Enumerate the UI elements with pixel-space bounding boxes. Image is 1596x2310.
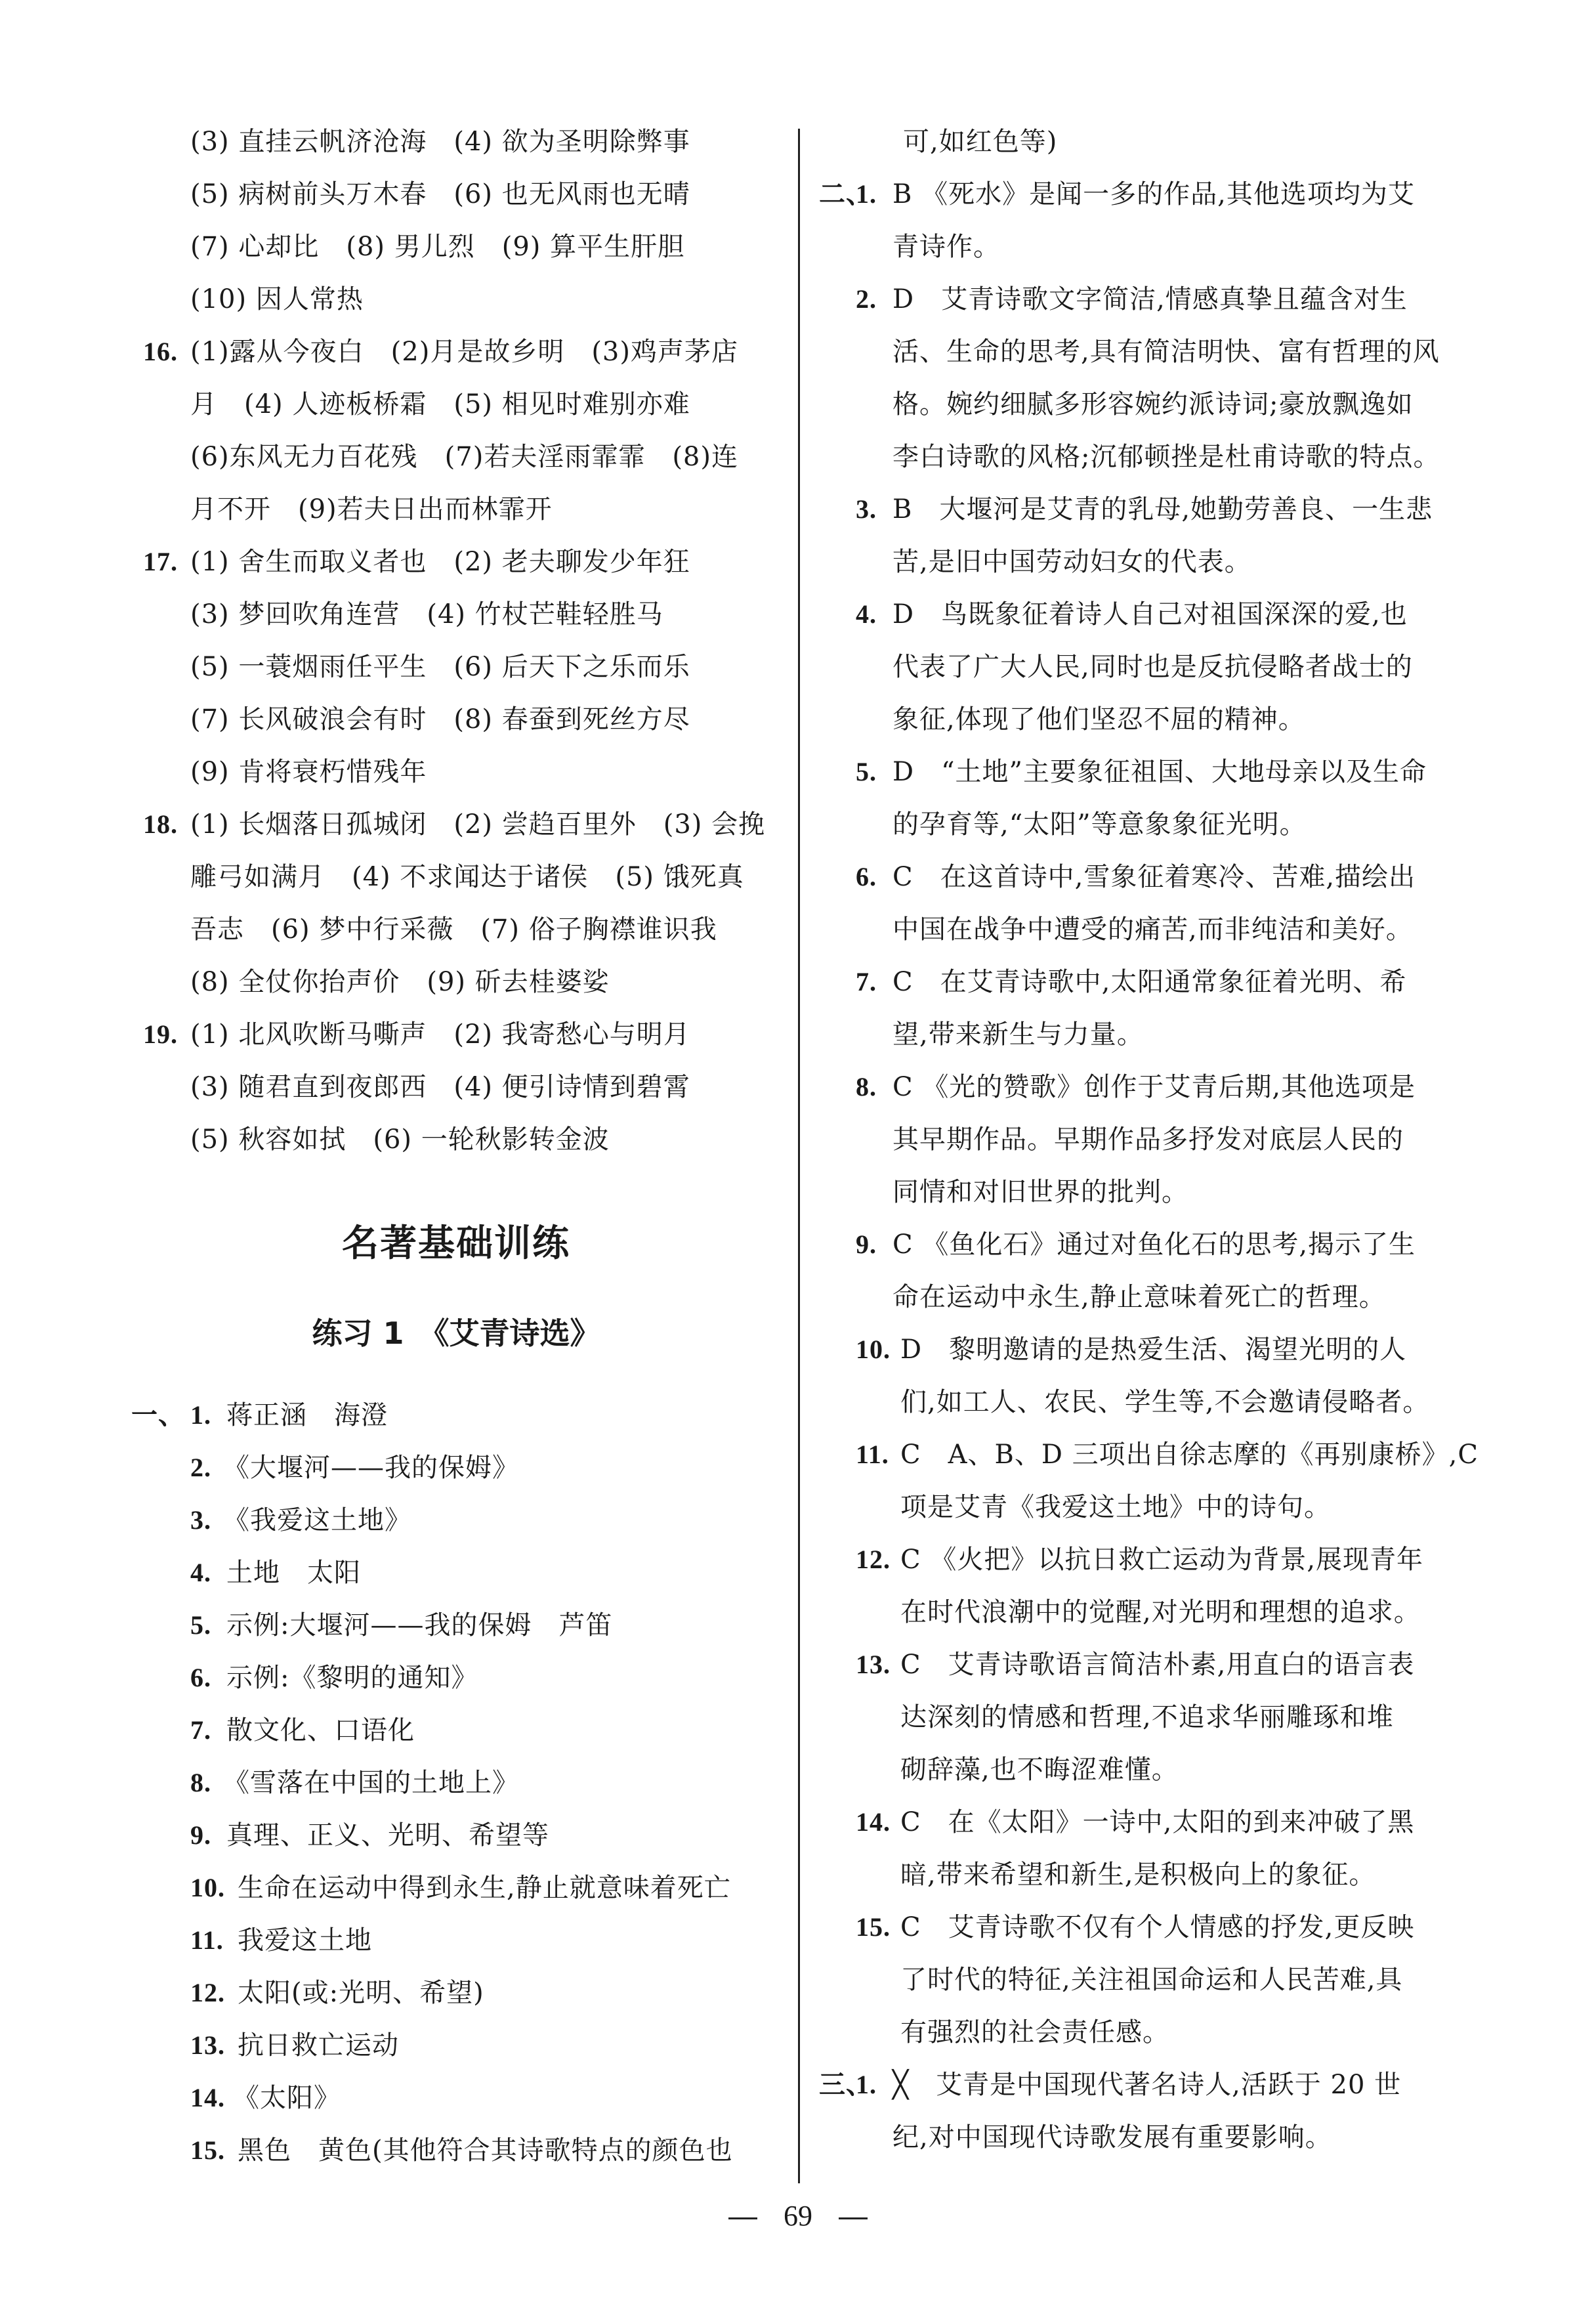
- answer-line: ╳ 艾青是中国现代著名诗人,活跃于 20 世: [892, 2069, 1401, 2101]
- question-number: 13.: [856, 1649, 891, 1680]
- answer-line: B 《死水》是闻一多的作品,其他选项均为艾: [892, 179, 1415, 210]
- answer-line: C 《光的赞歌》创作于艾青后期,其他选项是: [892, 1071, 1416, 1103]
- answer-line: 象征,体现了他们坚忍不屈的精神。: [892, 704, 1305, 735]
- question-number: 3.: [856, 494, 877, 525]
- answer-line: (7) 长风破浪会有时 (8) 春蚕到死丝方尽: [190, 704, 690, 735]
- answer-line: 雕弓如满月 (4) 不求闻达于诸侯 (5) 饿死真: [190, 861, 744, 893]
- answer-line: (1) 长烟落日孤城闭 (2) 尝趋百里外 (3) 会挽: [190, 809, 765, 840]
- question-number: 12.: [856, 1544, 891, 1575]
- answer-line: (7) 心却比 (8) 男儿烈 (9) 算平生肝胆: [190, 231, 684, 263]
- answer-line: C A、B、D 三项出自徐志摩的《再别康桥》,C: [900, 1439, 1479, 1470]
- answer-line: 项是艾青《我爱这土地》中的诗句。: [900, 1491, 1331, 1523]
- dash-right: [839, 2217, 868, 2219]
- answer-line: 真理、正义、光明、希望等: [226, 1820, 549, 1851]
- answer-line: 蒋正涵 海澄: [226, 1400, 388, 1431]
- answer-line: 《大堰河——我的保姆》: [223, 1452, 519, 1484]
- answer-line: (1) 舍生而取义者也 (2) 老夫聊发少年狂: [190, 546, 690, 578]
- column-divider: [798, 129, 800, 2183]
- answer-line: 中国在战争中遭受的痛苦,而非纯洁和美好。: [892, 914, 1413, 945]
- page-number: 69: [0, 2199, 1596, 2233]
- answer-line: (9) 肯将衰朽惜残年: [190, 756, 427, 788]
- dash-left: [728, 2217, 757, 2219]
- question-number: 4.: [856, 599, 877, 630]
- answer-line: 们,如工人、农民、学生等,不会邀请侵略者。: [900, 1386, 1429, 1418]
- question-number: 1.: [190, 1400, 211, 1431]
- question-number: 9.: [190, 1820, 211, 1851]
- answer-line: 苦,是旧中国劳动妇女的代表。: [892, 546, 1251, 578]
- question-number: 1.: [856, 179, 877, 210]
- answer-line: 散文化、口语化: [226, 1715, 415, 1746]
- question-number: 14.: [856, 1807, 891, 1838]
- answer-line: (1) 北风吹断马嘶声 (2) 我寄愁心与明月: [190, 1019, 690, 1050]
- answer-line: 黑色 黄色(其他符合其诗歌特点的颜色也: [238, 2135, 733, 2166]
- answer-line: 《我爱这土地》: [223, 1505, 411, 1536]
- answer-line: D “土地”主要象征祖国、大地母亲以及生命: [892, 756, 1427, 788]
- question-number: 7.: [856, 966, 877, 998]
- answer-line: (8) 全仗你抬声价 (9) 斫去桂婆娑: [190, 966, 610, 998]
- answer-line: 望,带来新生与力量。: [892, 1019, 1144, 1050]
- exercise-title: 练习 1 《艾青诗选》: [131, 1310, 781, 1353]
- question-number: 10.: [190, 1872, 225, 1904]
- answer-line: (5) 病树前头万木春 (6) 也无风雨也无晴: [190, 179, 690, 210]
- answer-line: C 在艾青诗歌中,太阳通常象征着光明、希: [892, 966, 1406, 998]
- question-number: 9.: [856, 1229, 877, 1260]
- answer-line: C 《火把》以抗日救亡运动为背景,展现青年: [900, 1544, 1423, 1575]
- answer-line: (3) 随君直到夜郎西 (4) 便引诗情到碧霄: [190, 1071, 690, 1103]
- answer-line: 了时代的特征,关注祖国命运和人民苦难,具: [900, 1964, 1402, 1996]
- question-number: 13.: [190, 2030, 225, 2061]
- question-number: 11.: [856, 1439, 889, 1470]
- answer-line: D 鸟既象征着诗人自己对祖国深深的爱,也: [892, 599, 1408, 630]
- answer-line: 暗,带来希望和新生,是积极向上的象征。: [900, 1859, 1375, 1891]
- question-number: 17.: [143, 546, 178, 578]
- answer-line: 示例:大堰河——我的保姆 芦笛: [226, 1610, 612, 1641]
- answer-line: 生命在运动中得到永生,静止就意味着死亡: [238, 1872, 731, 1904]
- answer-line: C 在《太阳》一诗中,太阳的到来冲破了黑: [900, 1807, 1414, 1838]
- question-number: 16.: [143, 336, 178, 368]
- answer-line: 李白诗歌的风格;沉郁顿挫是杜甫诗歌的特点。: [892, 441, 1440, 473]
- answer-line: 我爱这土地: [238, 1925, 372, 1956]
- answer-line: 命在运动中永生,静止意味着死亡的哲理。: [892, 1281, 1386, 1313]
- answer-line: 《雪落在中国的土地上》: [223, 1767, 519, 1799]
- question-number: 2.: [856, 284, 877, 315]
- answer-line: 青诗作。: [892, 231, 1000, 263]
- answer-line: 纪,对中国现代诗歌发展有重要影响。: [892, 2122, 1332, 2153]
- question-number: 8.: [190, 1767, 211, 1799]
- answer-line: 格。婉约细腻多形容婉约派诗词;豪放飘逸如: [892, 389, 1413, 420]
- answer-line: 可,如红色等): [903, 126, 1057, 158]
- answer-line: 同情和对旧世界的批判。: [892, 1176, 1188, 1208]
- answer-line: (5) 秋容如拭 (6) 一轮秋影转金波: [190, 1124, 610, 1155]
- answer-line: 代表了广大人民,同时也是反抗侵略者战士的: [892, 651, 1413, 683]
- answer-line: 月 (4) 人迹板桥霜 (5) 相见时难别亦难: [190, 389, 690, 420]
- answer-line: (1)露从今夜白 (2)月是故乡明 (3)鸡声茅店: [190, 336, 738, 368]
- question-number: 19.: [143, 1019, 178, 1050]
- answer-line: (3) 梦回吹角连营 (4) 竹杖芒鞋轻胜马: [190, 599, 663, 630]
- answer-line: 的孕育等,“太阳”等意象象征光明。: [892, 809, 1307, 840]
- answer-line: 土地 太阳: [226, 1557, 361, 1589]
- page-number-value: 69: [784, 2200, 812, 2232]
- answer-line: 月不开 (9)若夫日出而林霏开: [190, 494, 553, 525]
- answer-line: (5) 一蓑烟雨任平生 (6) 后天下之乐而乐: [190, 651, 690, 683]
- question-number: 5.: [190, 1610, 211, 1641]
- answer-line: 太阳(或:光明、希望): [238, 1977, 484, 2009]
- answer-line: C 《鱼化石》通过对鱼化石的思考,揭示了生: [892, 1229, 1416, 1260]
- question-number: 3.: [190, 1505, 211, 1536]
- answer-line: 吾志 (6) 梦中行采薇 (7) 俗子胸襟谁识我: [190, 914, 717, 945]
- section-title: 名著基础训练: [131, 1214, 781, 1267]
- answer-line: C 在这首诗中,雪象征着寒冷、苦难,描绘出: [892, 861, 1416, 893]
- answer-line: 达深刻的情感和哲理,不追求华丽雕琢和堆: [900, 1701, 1394, 1733]
- answer-line: 在时代浪潮中的觉醒,对光明和理想的追求。: [900, 1596, 1421, 1628]
- answer-line: C 艾青诗歌语言简洁朴素,用直白的语言表: [900, 1649, 1414, 1680]
- answer-line: B 大堰河是艾青的乳母,她勤劳善良、一生悲: [892, 494, 1433, 525]
- answer-line: D 黎明邀请的是热爱生活、渴望光明的人: [900, 1334, 1406, 1365]
- question-number: 7.: [190, 1715, 211, 1746]
- answer-line: 《太阳》: [233, 2082, 341, 2114]
- question-number: 6.: [190, 1662, 211, 1694]
- answer-line: (6)东风无力百花残 (7)若夫淫雨霏霏 (8)连: [190, 441, 738, 473]
- question-number: 15.: [856, 1912, 891, 1943]
- answer-line: (10) 因人常热: [190, 284, 364, 315]
- question-number: 12.: [190, 1977, 225, 2009]
- question-number: 11.: [190, 1925, 224, 1956]
- question-number: 8.: [856, 1071, 877, 1103]
- question-number: 2.: [190, 1452, 211, 1484]
- question-number: 6.: [856, 861, 877, 893]
- answer-line: C 艾青诗歌不仅有个人情感的抒发,更反映: [900, 1912, 1414, 1943]
- answer-line: 活、生命的思考,具有简洁明快、富有哲理的风: [892, 336, 1440, 368]
- question-number: 1.: [856, 2069, 877, 2101]
- answer-line: 抗日救亡运动: [238, 2030, 399, 2061]
- question-number: 18.: [143, 809, 178, 840]
- question-number: 14.: [190, 2082, 225, 2114]
- question-number: 4.: [190, 1557, 211, 1589]
- question-number: 10.: [856, 1334, 891, 1365]
- question-number: 5.: [856, 756, 877, 788]
- answer-line: 示例:《黎明的通知》: [226, 1662, 478, 1694]
- answer-line: 有强烈的社会责任感。: [900, 2017, 1169, 2048]
- question-number: 15.: [190, 2135, 225, 2166]
- part-label: 一、: [131, 1400, 185, 1431]
- answer-line: 砌辞藻,也不晦涩难懂。: [900, 1754, 1179, 1786]
- answer-line: (3) 直挂云帆济沧海 (4) 欲为圣明除弊事: [190, 126, 690, 158]
- answer-line: D 艾青诗歌文字简洁,情感真挚且蕴含对生: [892, 284, 1408, 315]
- answer-line: 其早期作品。早期作品多抒发对底层人民的: [892, 1124, 1404, 1155]
